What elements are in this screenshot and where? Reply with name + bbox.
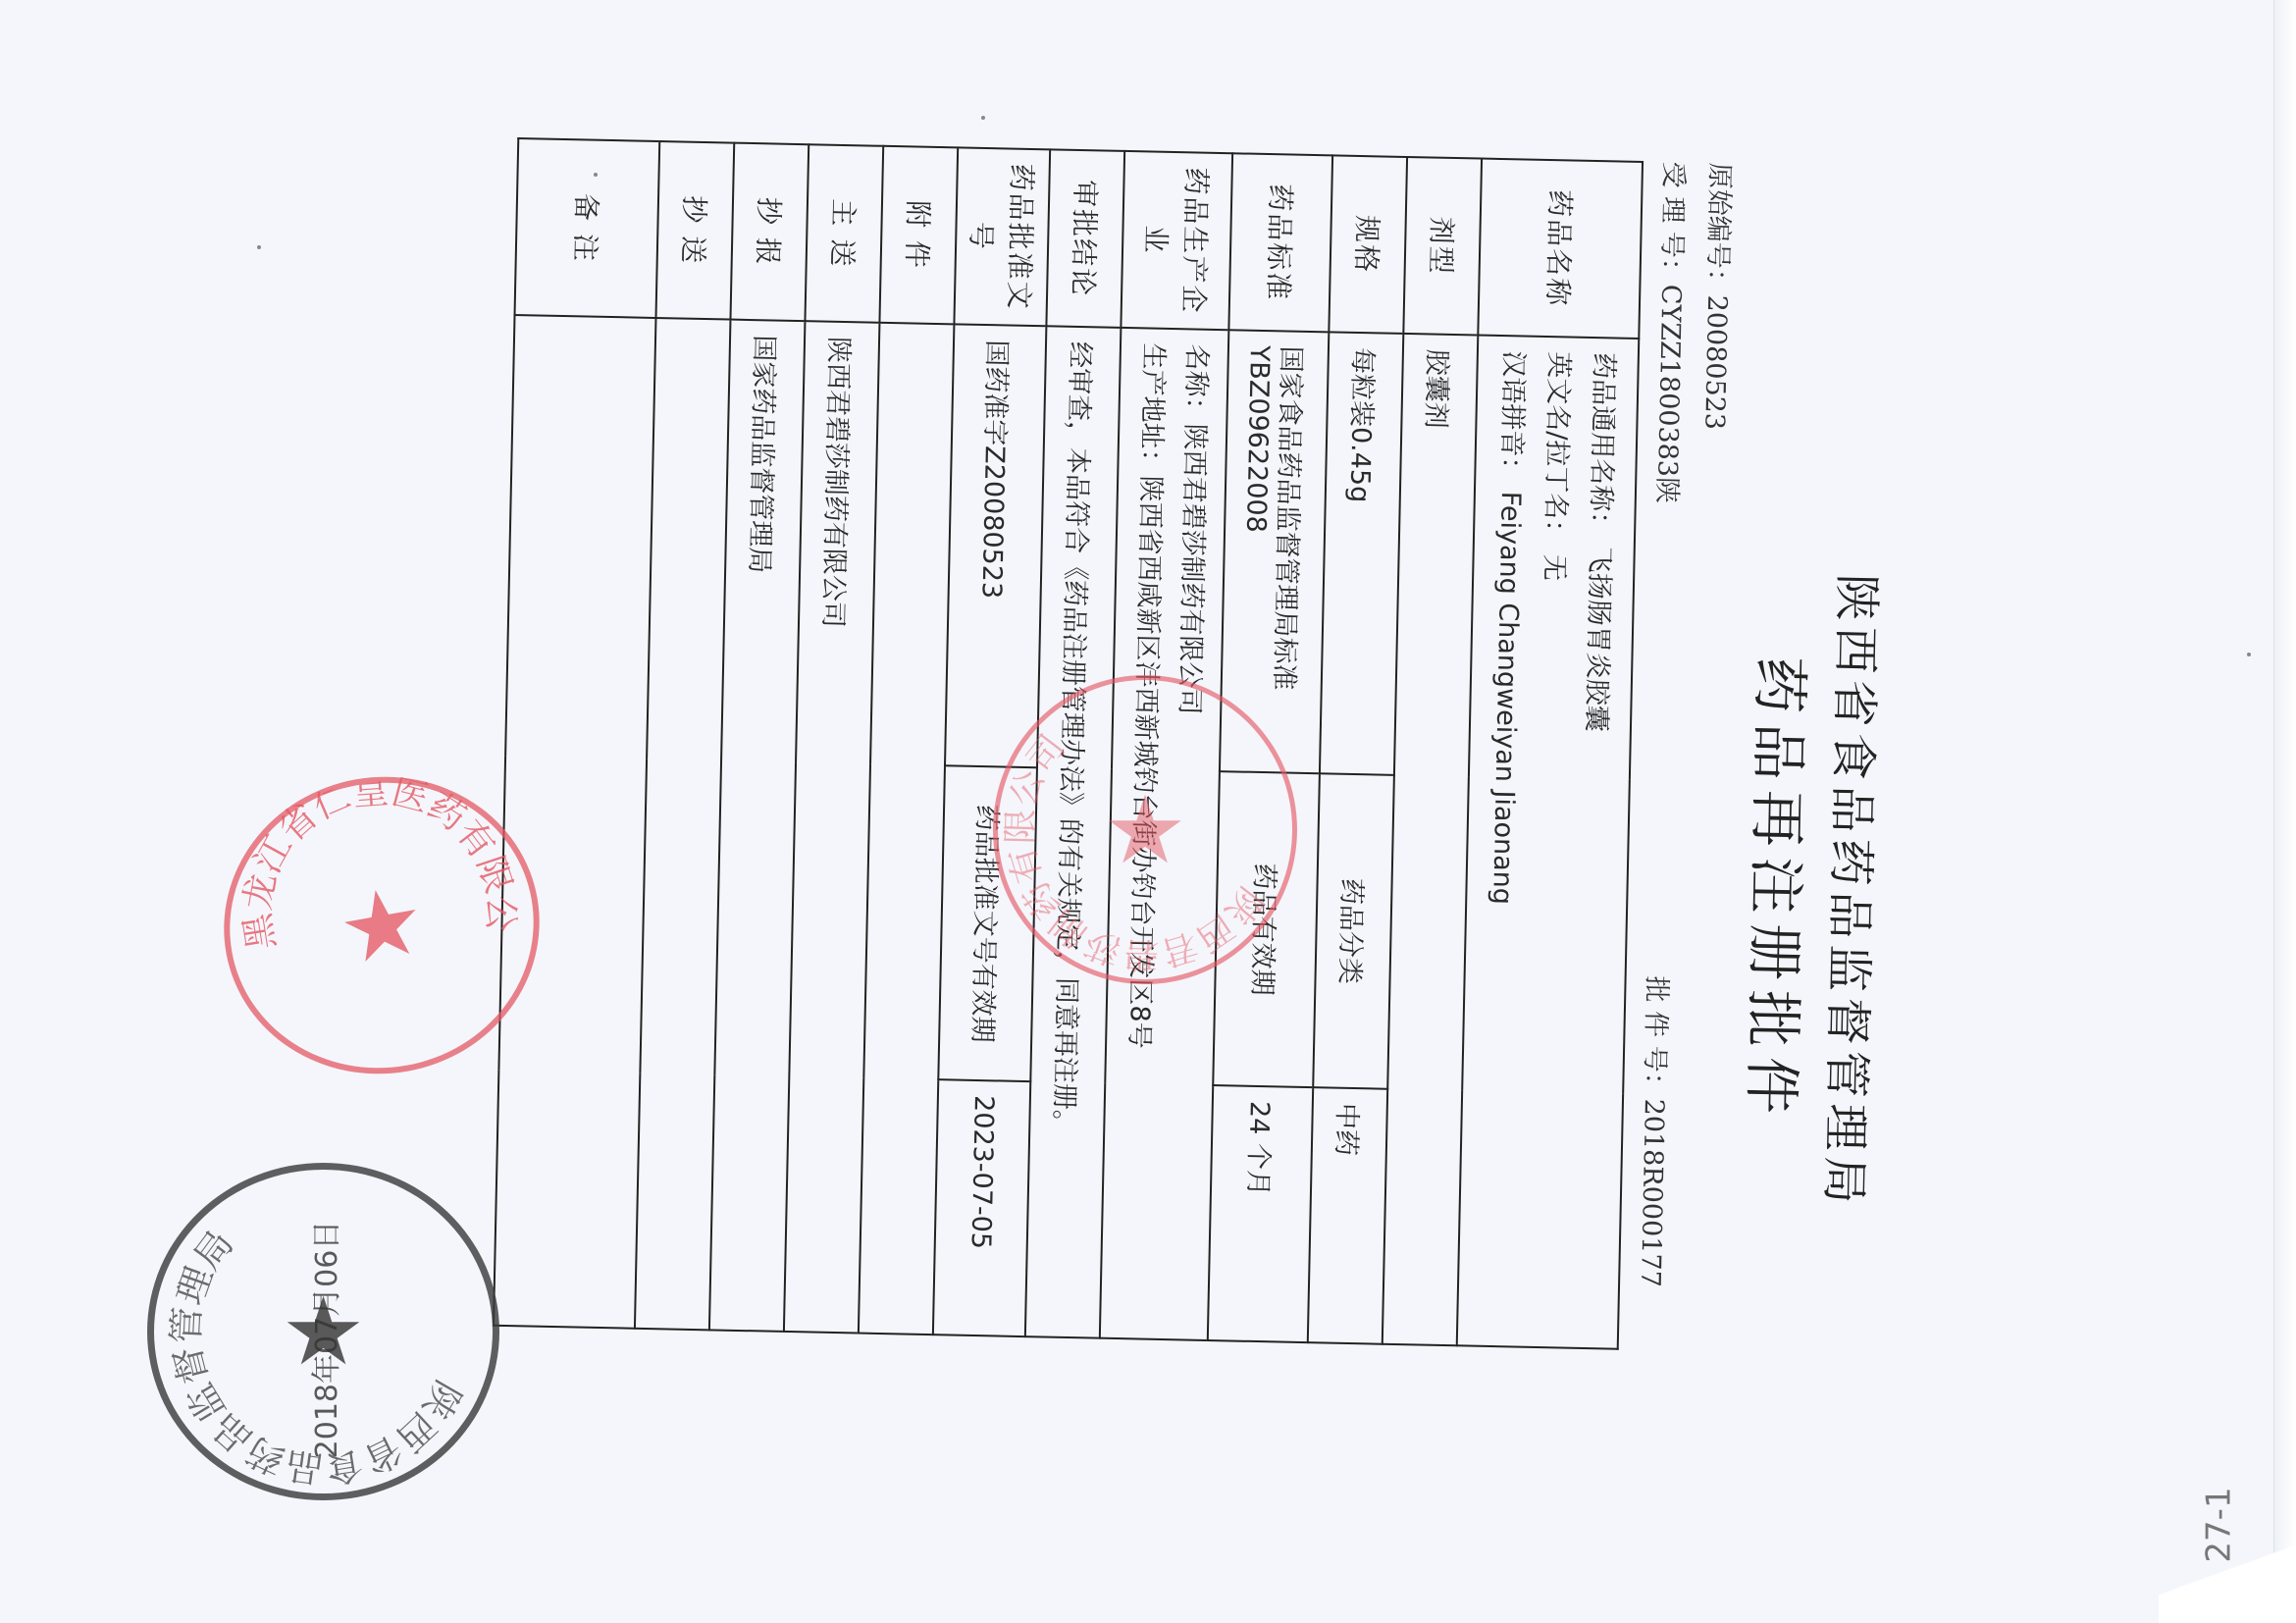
label-copy-to: 抄 送 — [655, 141, 734, 320]
label-remarks: 备 注 — [515, 138, 660, 318]
acceptance-number: 受 理 号：CYZZ1800383陕 — [1650, 161, 1696, 503]
label-drug-category: 药品分类 — [1313, 773, 1394, 1089]
manufacturer-values: 名称：陕西君碧莎制药有限公司 生产地址：陕西省西咸新区沣西新城钓台街办钓台开发区… — [1100, 328, 1229, 1340]
table-row-drug-name: 药品名称 药品通用名称： 飞扬肠胃炎胶囊 英文名/拉丁名： 无 汉语拼音： Fe… — [1457, 159, 1643, 1349]
manufacturer-name: 陕西君碧莎制药有限公司 — [1174, 423, 1210, 715]
scan-speck — [594, 173, 598, 177]
scan-speck — [2247, 653, 2251, 656]
paper-edge — [2273, 0, 2296, 1623]
label-report-to: 抄 报 — [730, 143, 809, 322]
table-row-remarks: 备 注 — [494, 138, 659, 1329]
label-manufacturer: 药品生产企业 — [1121, 151, 1232, 330]
approval-document: 陕西省食品药品监督管理局 药品再注册批件 原始编号：20080523 受 理 号… — [127, 130, 1923, 1618]
specification-value: 每粒装0.45g — [1320, 332, 1403, 774]
drug-category-value: 中药 — [1308, 1087, 1387, 1344]
shelf-life-value: 24 个月 — [1208, 1085, 1313, 1342]
scan-speck — [981, 116, 985, 120]
manufacturer-address: 陕西省西咸新区沣西新城钓台街办钓台开发区8号 — [1123, 475, 1166, 1049]
label-dosage-form: 剂型 — [1403, 157, 1482, 336]
label-specification: 规格 — [1329, 155, 1407, 334]
original-number: 原始编号：20080523 — [1697, 162, 1742, 430]
label-attachment: 附 件 — [879, 146, 958, 325]
drug-name-values: 药品通用名称： 飞扬肠胃炎胶囊 英文名/拉丁名： 无 汉语拼音： Feiyang… — [1457, 336, 1640, 1349]
english-name: 无 — [1539, 554, 1570, 582]
label-shelf-life: 药品有效期 — [1213, 771, 1320, 1087]
label-drug-name: 药品名称 — [1478, 159, 1643, 339]
approval-doc-number-value: 国药准字Z20080523 — [945, 324, 1046, 767]
label-main-recipient: 主 送 — [805, 144, 883, 323]
scan-speck — [257, 245, 261, 249]
scanned-document-page: { "document": { "issuer": "陕西省食品药品监督管理局"… — [0, 0, 2296, 1623]
approval-number: 批 件 号：2018R000177 — [1634, 975, 1679, 1287]
remarks-value — [494, 315, 656, 1329]
label-conclusion: 审批结论 — [1046, 149, 1124, 328]
approval-validity-value: 2023-07-05 — [933, 1079, 1030, 1336]
drug-standard-value: 国家食品药品监督管理局标准 YBZ09622008 — [1220, 330, 1329, 773]
label-approval-validity: 药品批准文号有效期 — [938, 765, 1037, 1081]
approval-table: 药品名称 药品通用名称： 飞扬肠胃炎胶囊 英文名/拉丁名： 无 汉语拼音： Fe… — [493, 137, 1644, 1350]
pinyin-name: Feiyang Changweiyan Jiaonang — [1487, 492, 1526, 906]
handwritten-page-mark: 27-1 — [2199, 1487, 2238, 1562]
label-approval-doc-number: 药品批准文号 — [954, 147, 1050, 326]
generic-name: 飞扬肠胃炎胶囊 — [1581, 546, 1615, 732]
label-drug-standard: 药品标准 — [1228, 153, 1332, 332]
